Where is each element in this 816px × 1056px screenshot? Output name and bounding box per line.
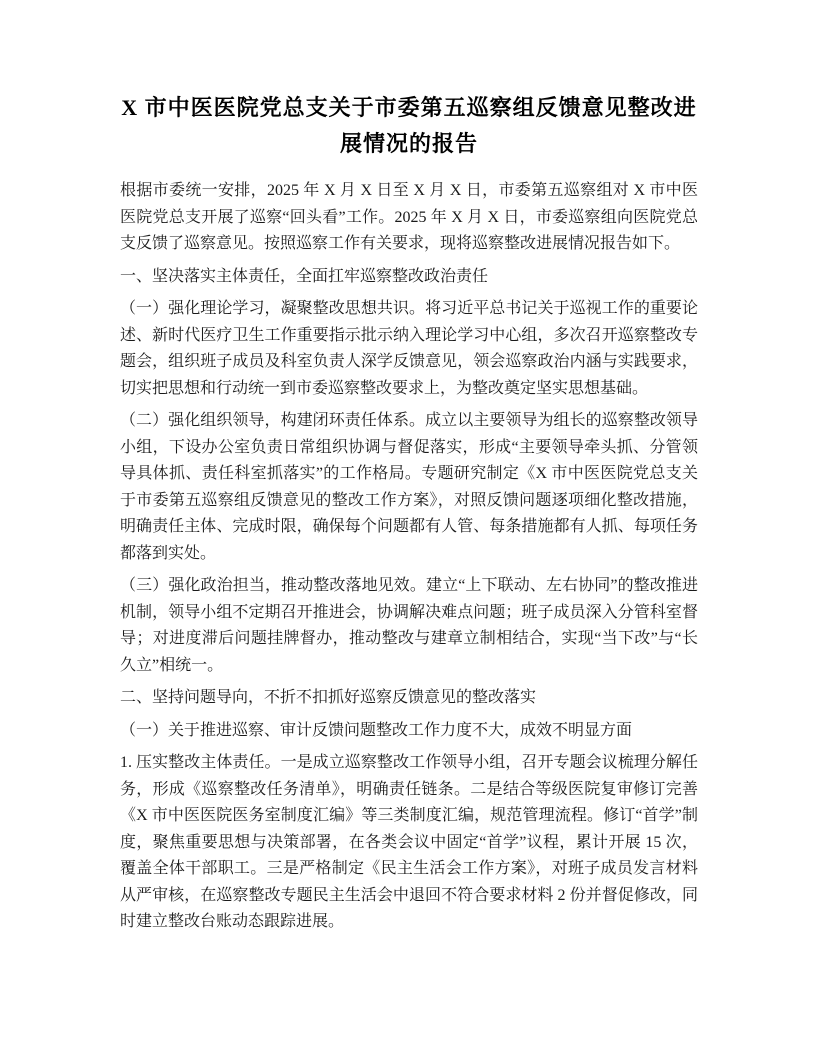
- section-1-item-1: （一）强化理论学习，凝聚整改思想共识。将习近平总书记关于巡视工作的重要论述、新时…: [120, 296, 698, 402]
- section-2-point-1: 1. 压实整改主体责任。一是成立巡察整改工作领导小组，召开专题会议梳理分解任务，…: [120, 750, 698, 936]
- intro-paragraph: 根据市委统一安排，2025 年 X 月 X 日至 X 月 X 日，市委第五巡察组…: [120, 178, 698, 258]
- section-1-item-3: （三）强化政治担当，推动整改落地见效。建立“上下联动、左右协同”的整改推进机制，…: [120, 573, 698, 679]
- section-2-subheading: （一）关于推进巡察、审计反馈问题整改工作力度不大，成效不明显方面: [120, 718, 698, 745]
- section-2-heading: 二、坚持问题导向，不折不扣抓好巡察反馈意见的整改落实: [120, 685, 698, 712]
- document-title: X 市中医医院党总支关于市委第五巡察组反馈意见整改进展情况的报告: [120, 90, 698, 162]
- section-1-item-2: （二）强化组织领导，构建闭环责任体系。成立以主要领导为组长的巡察整改领导小组，下…: [120, 408, 698, 567]
- section-1-heading: 一、坚决落实主体责任，全面扛牢巡察整改政治责任: [120, 264, 698, 291]
- document-page: X 市中医医院党总支关于市委第五巡察组反馈意见整改进展情况的报告 根据市委统一安…: [0, 0, 816, 1056]
